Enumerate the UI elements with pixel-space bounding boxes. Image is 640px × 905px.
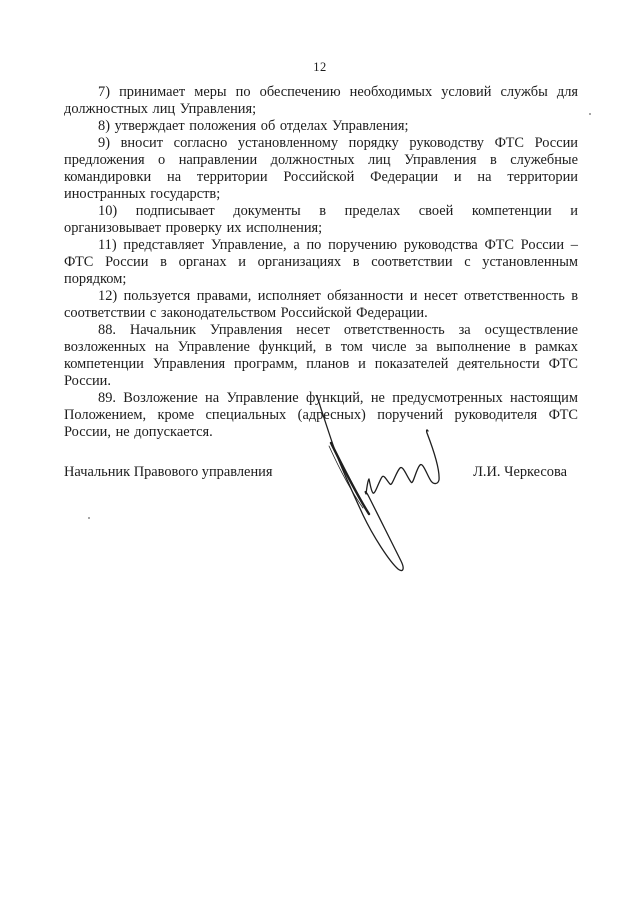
handwritten-signature-icon [293, 393, 451, 588]
paragraph-item-12: 12) пользуется правами, исполняет обязан… [64, 288, 578, 322]
scan-speck [589, 113, 591, 115]
paragraph-item-10: 10) подписывает документы в пределах сво… [64, 203, 578, 237]
document-page: 12 7) принимает меры по обеспечению необ… [0, 0, 640, 905]
paragraph-item-11: 11) представляет Управление, а по поруче… [64, 237, 578, 288]
signoff-title: Начальник Правового управления [64, 464, 272, 481]
paragraph-item-8: 8) утверждает положения об отделах Управ… [64, 118, 578, 135]
document-body: 7) принимает меры по обеспечению необход… [64, 84, 578, 441]
scan-speck [88, 517, 90, 519]
signoff-name: Л.И. Черкесова [473, 464, 567, 481]
paragraph-item-88: 88. Начальник Управления несет ответстве… [64, 322, 578, 390]
paragraph-item-9: 9) вносит согласно установленному порядк… [64, 135, 578, 203]
paragraph-item-7: 7) принимает меры по обеспечению необход… [64, 84, 578, 118]
page-number: 12 [0, 61, 640, 74]
